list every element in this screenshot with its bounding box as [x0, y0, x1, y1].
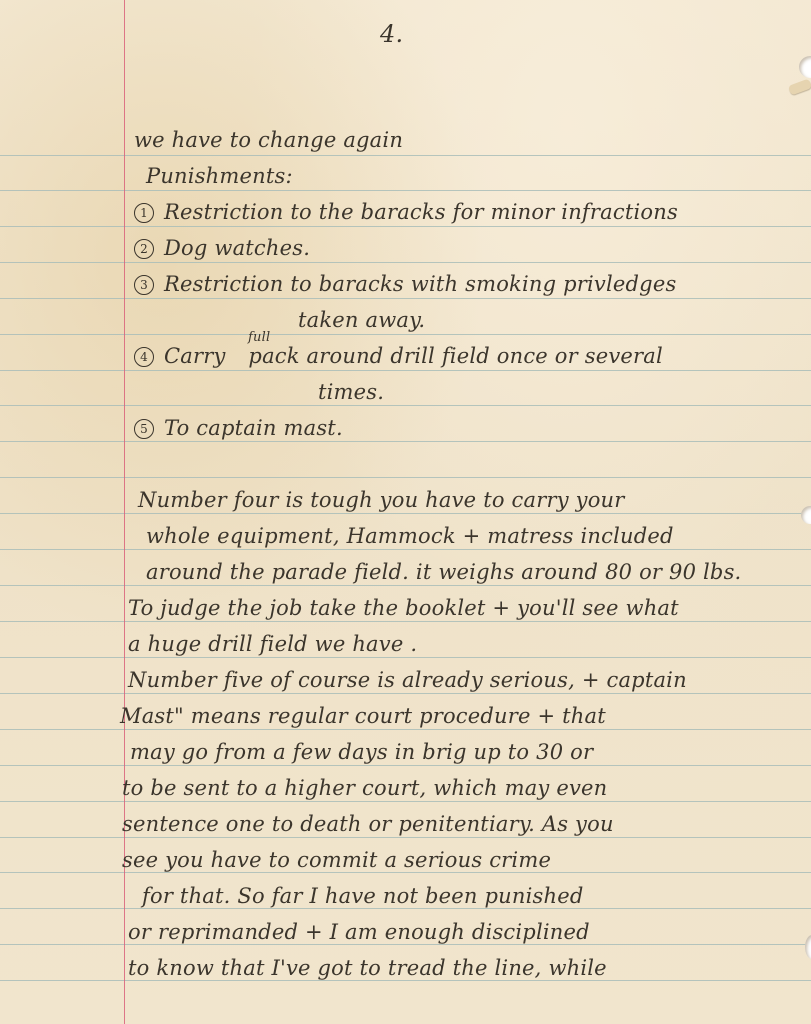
body-line: Number four is tough you have to carry y…: [138, 488, 625, 512]
ruled-line: [0, 837, 811, 838]
opening-line: we have to change again: [134, 128, 403, 152]
body-line: to be sent to a higher court, which may …: [122, 776, 607, 800]
body-line: a huge drill field we have .: [128, 632, 417, 656]
ruled-line: [0, 872, 811, 873]
circled-number-2: 2: [134, 239, 154, 259]
ruled-line: [0, 226, 811, 227]
punch-hole: [799, 56, 811, 78]
body-line: Mast" means regular court procedure + th…: [120, 704, 606, 728]
ruled-line: [0, 549, 811, 550]
circled-number-4: 4: [134, 347, 154, 367]
ruled-line: [0, 621, 811, 622]
letter-page: 4. we have to change again Punishments: …: [0, 0, 811, 1024]
ruled-line: [0, 585, 811, 586]
torn-hole-flap: [788, 79, 811, 96]
ruled-line: [0, 405, 811, 406]
ruled-line: [0, 980, 811, 981]
punishment-text: Carry: [164, 344, 226, 368]
punishment-text: Dog watches.: [164, 236, 310, 260]
circled-number-3: 3: [134, 275, 154, 295]
punishment-item-4: 4Carry pack around drill field once or s…: [134, 344, 663, 368]
body-line: see you have to commit a serious crime: [122, 848, 551, 872]
body-line: to know that I've got to tread the line,…: [128, 956, 607, 980]
body-line: Number five of course is already serious…: [128, 668, 687, 692]
ruled-line: [0, 262, 811, 263]
punishment-item-1: 1Restriction to the baracks for minor in…: [134, 200, 678, 224]
ruled-line: [0, 801, 811, 802]
punch-hole: [801, 506, 811, 524]
circled-number-5: 5: [134, 419, 154, 439]
inserted-word: full: [248, 330, 270, 345]
circled-number-1: 1: [134, 203, 154, 223]
ruled-line: [0, 190, 811, 191]
punch-hole: [805, 935, 811, 959]
ruled-line: [0, 693, 811, 694]
body-line: or reprimanded + I am enough disciplined: [128, 920, 590, 944]
ruled-line: [0, 334, 811, 335]
ruled-line: [0, 513, 811, 514]
body-line: whole equipment, Hammock + matress inclu…: [146, 524, 674, 548]
body-line: may go from a few days in brig up to 30 …: [130, 740, 593, 764]
punishment-item-5: 5To captain mast.: [134, 416, 343, 440]
punishment-text: Restriction to the baracks for minor inf…: [164, 200, 678, 224]
page-number: 4.: [380, 20, 403, 48]
ruled-line: [0, 477, 811, 478]
ruled-line: [0, 370, 811, 371]
ruled-line: [0, 298, 811, 299]
ruled-line: [0, 441, 811, 442]
punishment-item-2: 2Dog watches.: [134, 236, 310, 260]
ruled-line: [0, 657, 811, 658]
ruled-line: [0, 944, 811, 945]
punishment-item-4-continuation: times.: [318, 380, 384, 404]
body-line: for that. So far I have not been punishe…: [142, 884, 583, 908]
punishment-item-3-continuation: taken away.: [298, 308, 425, 332]
punishment-text: Restriction to baracks with smoking priv…: [164, 272, 676, 296]
body-line: sentence one to death or penitentiary. A…: [122, 812, 614, 836]
ruled-line: [0, 908, 811, 909]
body-line: around the parade field. it weighs aroun…: [146, 560, 741, 584]
body-line: To judge the job take the booklet + you'…: [128, 596, 679, 620]
ruled-line: [0, 729, 811, 730]
ruled-line: [0, 765, 811, 766]
punishments-heading: Punishments:: [146, 164, 293, 188]
punishment-item-3: 3Restriction to baracks with smoking pri…: [134, 272, 676, 296]
punishment-text: To captain mast.: [164, 416, 343, 440]
ruled-line: [0, 155, 811, 156]
punishment-text-after-insert: pack around drill field once or several: [248, 344, 663, 368]
